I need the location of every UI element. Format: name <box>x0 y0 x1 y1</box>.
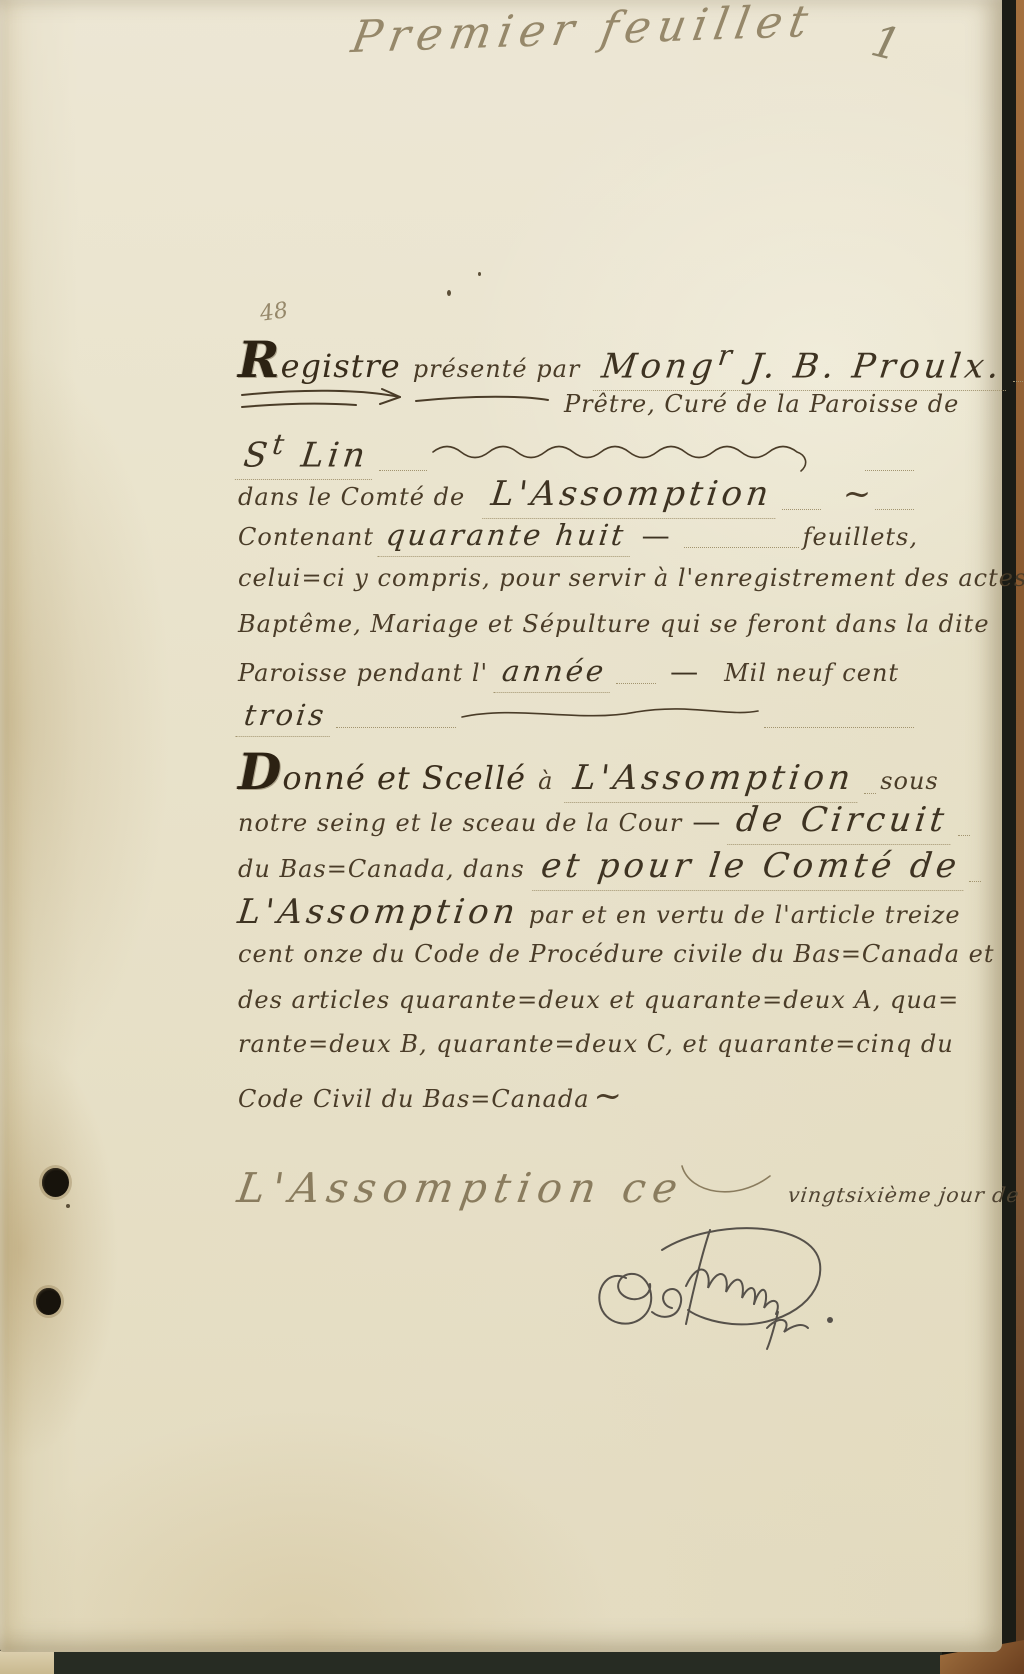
hw-text: S <box>241 435 273 475</box>
printed-text: Paroisse pendant l' <box>238 659 488 687</box>
pencil-note-48: 48 <box>258 298 289 327</box>
form-line-text: des articles quarante=deux et quarante=d… <box>238 986 918 1014</box>
printed-text: Prêtre, Curé de la Paroisse de <box>564 390 959 418</box>
blank-rule-line <box>616 683 656 684</box>
signature-stroke <box>662 1228 820 1324</box>
punch-hole <box>42 1168 69 1197</box>
form-line-pretre: Prêtre, Curé de la Paroisse de <box>238 386 918 418</box>
handwritten-date: vingtsixième jour de Novembre 1902. <box>786 1183 1024 1207</box>
handwritten-place: L'Assomption ce <box>234 1164 688 1212</box>
paraph-flourish <box>678 1160 774 1202</box>
signature-stroke <box>652 1289 681 1317</box>
handwritten-entry-presenter: Mongr J. B. Proulx. <box>593 339 1012 391</box>
blank-rule-line <box>1013 381 1024 382</box>
handwritten-entry-county: L'Assomption <box>482 474 780 519</box>
handwritten-entry-place: L'Assomption <box>565 758 863 803</box>
printed-ornate-word: Donné et Scellé <box>238 742 526 801</box>
printed-ornate-word: Registre <box>238 330 401 389</box>
printed-text: des articles quarante=deux et quarante=d… <box>238 986 959 1014</box>
form-line-parish: St Lin <box>238 428 918 480</box>
form-line-court: notre seing et le sceau de la Cour — de … <box>238 800 918 845</box>
handwritten-entry-trois: trois <box>236 698 335 737</box>
printed-text: sous <box>880 767 939 795</box>
page-number-mark: 1 <box>866 15 906 71</box>
handwritten-entry-comte: et pour le Comté de <box>532 846 968 891</box>
form-line-trois: trois <box>238 698 918 737</box>
dateline: L'Assomption ce vingtsixième jour de Nov… <box>238 1160 938 1212</box>
blank-rule-line <box>865 470 914 471</box>
handwritten-entry-year-word: année <box>494 654 615 693</box>
wavy-flourish <box>431 436 861 466</box>
hw-dash: — <box>670 655 698 688</box>
blank-rule-line <box>875 509 914 510</box>
printed-text: Mil neuf cent <box>724 659 899 687</box>
hw-text: Mong <box>600 346 720 386</box>
form-line-year: Paroisse pendant l' année — Mil neuf cen… <box>238 654 918 693</box>
form-line-donne-scelle: Donné et Scellé à L'Assomption sous <box>238 742 918 803</box>
handwritten-entry-parish: St Lin <box>235 428 378 480</box>
ink-speck <box>447 290 451 296</box>
punch-hole <box>36 1288 61 1315</box>
printed-text: du Bas=Canada, dans <box>238 855 525 883</box>
form-line-text: rante=deux B, quarante=deux C, et quaran… <box>238 1030 918 1058</box>
form-line-bas-canada: du Bas=Canada, dans et pour le Comté de <box>238 846 918 891</box>
signature-stroke <box>686 1230 710 1324</box>
printed-text: Contenant <box>238 523 374 551</box>
book-cover-edge-right <box>1001 0 1016 1658</box>
blank-rule-line <box>864 793 876 794</box>
form-line-code-civil: Code Civil du Bas=Canada ~ <box>238 1076 918 1116</box>
page-stack-edge <box>0 1651 54 1674</box>
ink-speck <box>66 1204 70 1208</box>
leather-binding-edge <box>1015 0 1024 1674</box>
form-line-text: cent onze du Code de Procédure civile du… <box>238 940 918 968</box>
printed-text: à <box>538 767 553 795</box>
hw-text: J. B. Proulx. <box>732 346 1005 386</box>
printed-text: par et en vertu de l'article treize <box>529 901 961 929</box>
signature-stroke <box>754 1290 778 1314</box>
pen-flourish <box>238 386 550 412</box>
blank-rule-line <box>379 470 428 471</box>
printed-text: cent onze du Code de Procédure civile du… <box>238 940 995 968</box>
paper-page: Premier feuillet 1 48 Registre présenté … <box>0 0 1002 1652</box>
header-annotation: Premier feuillet <box>348 0 819 63</box>
printed-text: présenté par <box>413 355 581 383</box>
blank-rule-line <box>764 727 914 728</box>
hw-text: Lin <box>284 435 371 475</box>
handwritten-entry-court: de Circuit <box>728 800 957 845</box>
printed-text: Code Civil du Bas=Canada <box>238 1085 590 1113</box>
signature-stroke <box>599 1274 651 1324</box>
hw-dash: — <box>642 519 670 552</box>
printed-text: dans le Comté de <box>238 483 465 511</box>
printed-text: Baptême, Mariage et Sépulture qui se fer… <box>238 610 990 638</box>
blank-rule-line <box>958 835 970 836</box>
handwritten-entry-county2: L'Assomption <box>236 892 522 932</box>
signature-stroke <box>767 1312 778 1349</box>
hw-dash: — <box>692 805 720 838</box>
signature-dot <box>827 1317 833 1323</box>
form-line-registre: Registre présenté par Mongr J. B. Proulx… <box>238 330 918 391</box>
line-flourish <box>460 703 760 725</box>
blank-rule-line <box>969 881 981 882</box>
printed-text: notre seing et le sceau de la Cour <box>238 809 682 837</box>
handwritten-entry-count: quarante huit <box>378 518 634 557</box>
form-line-assomption-article: L'Assomption par et en vertu de l'articl… <box>238 892 918 932</box>
book-cover-edge-bottom <box>52 1651 942 1674</box>
blank-rule-line <box>336 727 456 728</box>
printed-text: rante=deux B, quarante=deux C, et quaran… <box>238 1030 954 1058</box>
form-line-text: Baptême, Mariage et Sépulture qui se fer… <box>238 610 918 638</box>
printed-text: celui=ci y compris, pour servir à l'enre… <box>238 564 1024 592</box>
printed-text: feuillets, <box>803 523 918 551</box>
register-page-scan: Premier feuillet 1 48 Registre présenté … <box>0 0 1024 1674</box>
blank-rule-line <box>782 509 821 510</box>
form-line-county: dans le Comté de L'Assomption ~ <box>238 474 918 519</box>
form-line-text: celui=ci y compris, pour servir à l'enre… <box>238 564 918 592</box>
tilde-flourish: ~ <box>594 1076 623 1116</box>
ink-speck <box>478 272 481 276</box>
signature <box>592 1216 844 1356</box>
tilde-flourish: ~ <box>843 474 872 514</box>
blank-rule-line <box>684 547 799 548</box>
form-line-folios: Contenant quarante huit — feuillets, <box>238 518 918 557</box>
